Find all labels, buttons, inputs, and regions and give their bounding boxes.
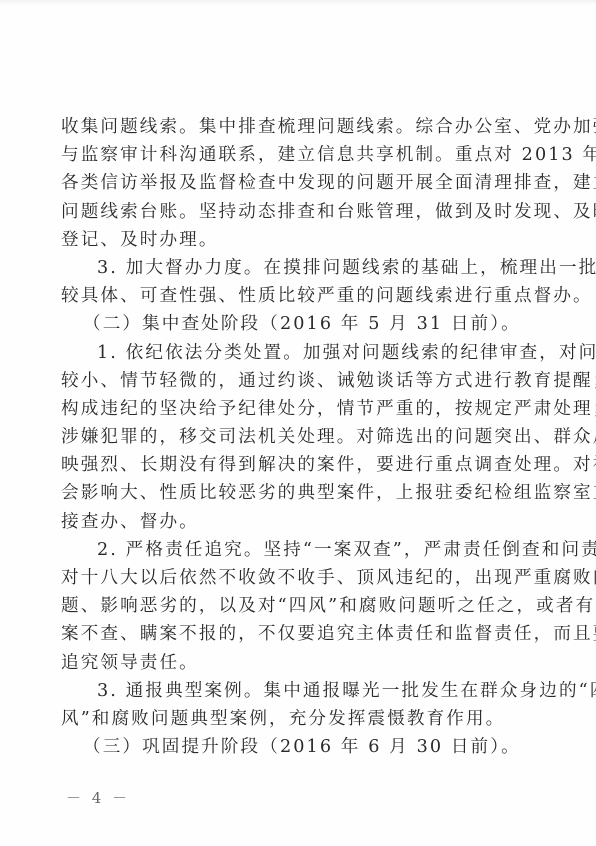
paragraph-start-line: 2. 严格责任追究。坚持“一案双查”，严肃责任倒查和问责。 — [61, 536, 519, 564]
text-line: 接查办、督办。 — [61, 508, 519, 536]
text-line: 问题线索台账。坚持动态排查和台账管理，做到及时发现、及时 — [61, 198, 519, 226]
paragraph-start-line: 1. 依纪依法分类处置。加强对问题线索的纪律审查，对问题 — [61, 339, 519, 367]
section-heading-3: （三）巩固提升阶段（2016 年 6 月 30 日前）。 — [61, 733, 519, 761]
text-line: 与监察审计科沟通联系，建立信息共享机制。重点对 2013 年以来 — [61, 141, 519, 169]
text-line: 登记、及时办理。 — [61, 226, 519, 254]
text-line: 构成违纪的坚决给予纪律处分，情节严重的，按规定严肃处理； — [61, 395, 519, 423]
text-line: 题、影响恶劣的，以及对“四风”和腐败问题听之任之，或者有 — [61, 592, 519, 620]
text-line: 对十八大以后依然不收敛不收手、顶风违纪的，出现严重腐败问 — [61, 564, 519, 592]
text-line: 涉嫌犯罪的，移交司法机关处理。对筛选出的问题突出、群众反 — [61, 423, 519, 451]
text-line: 会影响大、性质比较恶劣的典型案件，上报驻委纪检组监察室直 — [61, 479, 519, 507]
document-page: 收集问题线索。集中排查梳理问题线索。综合办公室、党办加强 与监察审计科沟通联系，… — [0, 0, 596, 846]
text-line: 案不查、瞒案不报的，不仅要追究主体责任和监督责任，而且要 — [61, 620, 519, 648]
paragraph-start-line: 3. 加大督办力度。在摸排问题线索的基础上，梳理出一批比 — [61, 254, 519, 282]
text-line: 收集问题线索。集中排查梳理问题线索。综合办公室、党办加强 — [61, 113, 519, 141]
text-line: 较具体、可查性强、性质比较严重的问题线索进行重点督办。 — [61, 282, 519, 310]
section-heading-2: （二）集中查处阶段（2016 年 5 月 31 日前）。 — [61, 310, 519, 338]
text-line: 映强烈、长期没有得到解决的案件，要进行重点调查处理。对社 — [61, 451, 519, 479]
text-line: 较小、情节轻微的，通过约谈、诫勉谈话等方式进行教育提醒； — [61, 367, 519, 395]
paragraph-start-line: 3. 通报典型案例。集中通报曝光一批发生在群众身边的“四 — [61, 677, 519, 705]
text-line: 各类信访举报及监督检查中发现的问题开展全面清理排查，建立 — [61, 169, 519, 197]
scan-edge — [0, 0, 596, 6]
page-number: － 4 － — [66, 787, 130, 808]
document-body: 收集问题线索。集中排查梳理问题线索。综合办公室、党办加强 与监察审计科沟通联系，… — [61, 113, 519, 761]
text-line: 追究领导责任。 — [61, 649, 519, 677]
text-line: 风”和腐败问题典型案例，充分发挥震慑教育作用。 — [61, 705, 519, 733]
